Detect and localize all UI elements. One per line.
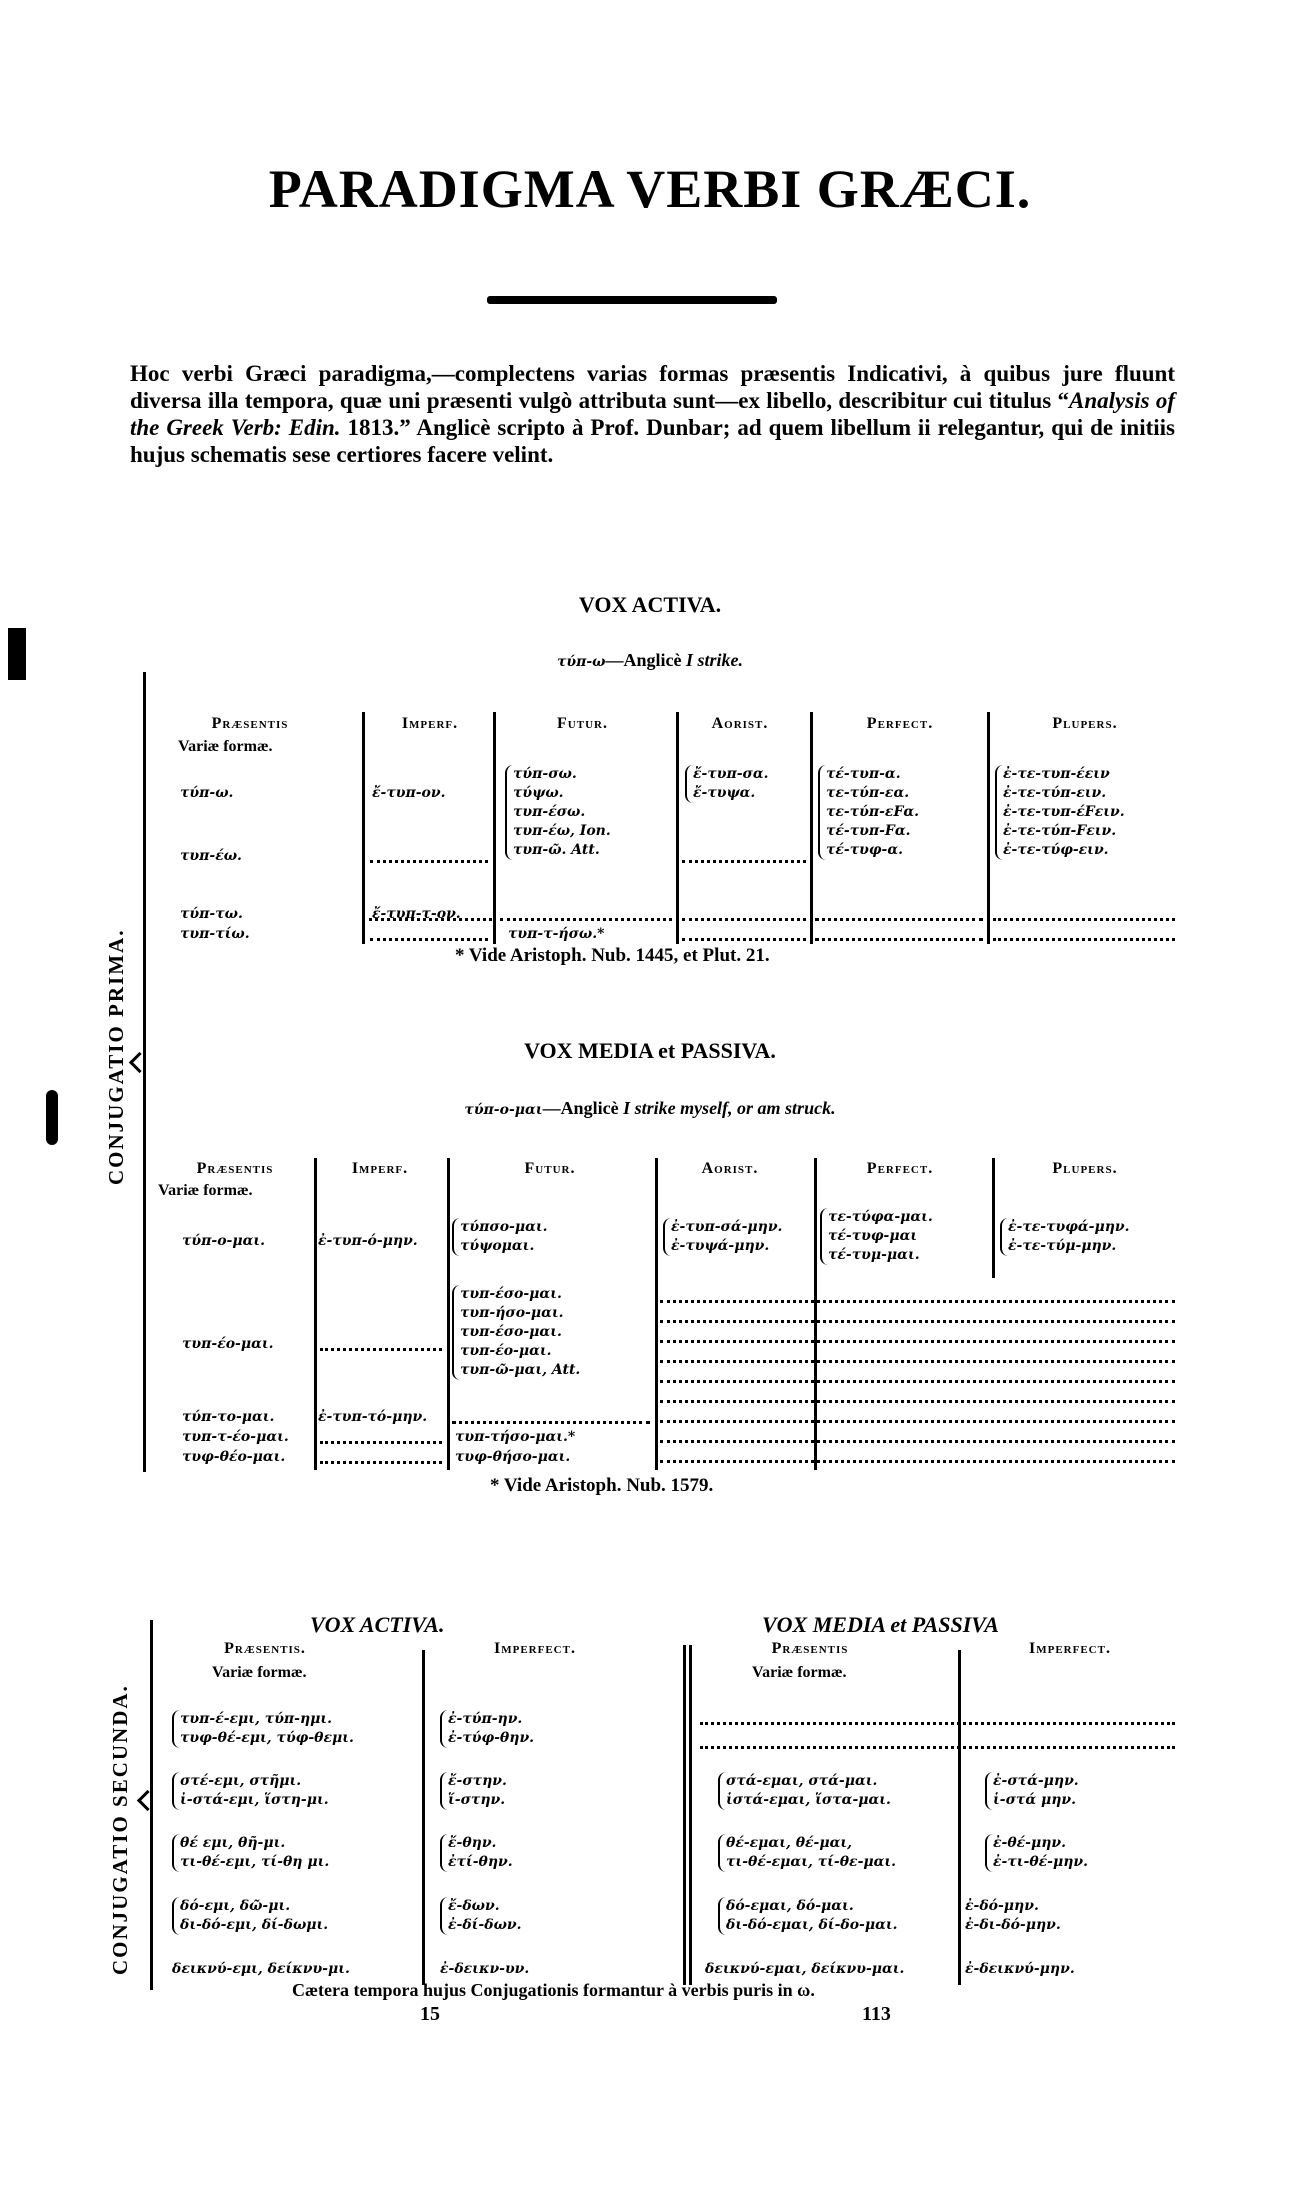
passive-footnote: * Vide Aristoph. Nub. 1579. bbox=[490, 1475, 713, 1497]
col-presentis-sub: Variæ formæ. bbox=[212, 1664, 307, 1682]
col-divider bbox=[958, 1650, 961, 1985]
pluperf-form: ἐ-τε-τύπ-Fειν. bbox=[1003, 822, 1125, 841]
aorist-form: ἔ-τυπ-σα. bbox=[693, 765, 768, 784]
subheading-greek: τύπ-ο-μαι bbox=[464, 1102, 542, 1118]
col-divider bbox=[676, 712, 679, 944]
pres-form: θέ εμι, θῆ-μι. bbox=[180, 1834, 329, 1853]
col-presentis-sub: Variæ formæ. bbox=[158, 1182, 253, 1200]
col-presentis-label: Præsentis bbox=[175, 715, 325, 733]
pres-form: τυπ-έ-εμι, τύπ-ημι. bbox=[180, 1710, 354, 1729]
page-title: PARADIGMA VERBI GRÆCI. bbox=[0, 158, 1300, 220]
conj2-active-heading: VOX ACTIVA. bbox=[310, 1612, 444, 1638]
title-rule bbox=[487, 296, 777, 304]
conj2-brace-point bbox=[137, 1790, 158, 1811]
perfect-group: τε-τύφα-μαι. τέ-τυφ-μαι τέ-τυμ-μαι. bbox=[820, 1208, 933, 1265]
pres-form: δεικνύ-εμι, δείκνυ-μι. bbox=[172, 1960, 350, 1979]
futur-form: τυπ-τήσο-μαι.* bbox=[455, 1428, 575, 1447]
empty-dots bbox=[993, 918, 1175, 921]
pluperf-form: ἐ-τε-τυφά-μην. bbox=[1008, 1218, 1129, 1237]
imperf-form: ἐ-τυπ-ό-μην. bbox=[318, 1232, 418, 1251]
empty-dots bbox=[370, 860, 488, 863]
page-number-right: 113 bbox=[862, 2003, 891, 2026]
futur-form: τύπσο-μαι. bbox=[460, 1218, 548, 1237]
col-imperfect: Imperfect. bbox=[965, 1640, 1175, 1658]
col-divider bbox=[814, 1158, 817, 1470]
futur-form: τύψομαι. bbox=[460, 1237, 548, 1256]
col-divider bbox=[992, 1158, 995, 1278]
perfect-form: τε-τύπ-εFα. bbox=[826, 803, 919, 822]
pres-form: θέ-εμαι, θέ-μαι, bbox=[726, 1834, 896, 1853]
imp-form: ἔ-στην. bbox=[448, 1772, 507, 1791]
futur-group: τύπσο-μαι. τύψομαι. bbox=[452, 1218, 548, 1256]
futur-form: τυπ-τ-ήσω.* bbox=[508, 925, 604, 944]
empty-dots bbox=[452, 1421, 650, 1424]
pres-form: δι-δό-εμαι, δί-δο-μαι. bbox=[726, 1916, 898, 1935]
perfect-form: τέ-τυφ-α. bbox=[826, 841, 919, 860]
subheading-greek: τύπ-ω bbox=[557, 654, 606, 670]
passive-heading: VOX MEDIA et PASSIVA. bbox=[0, 1038, 1300, 1064]
pres-form: δεικνύ-εμαι, δείκνυ-μαι. bbox=[705, 1960, 904, 1979]
pres-form: τυπ-έο-μαι. bbox=[182, 1335, 274, 1354]
imp-form: ἐ-στά-μην. bbox=[993, 1772, 1079, 1791]
section-divider bbox=[683, 1645, 686, 1985]
pres-form: τυφ-θέο-μαι. bbox=[182, 1448, 285, 1467]
futur-form: τυπ-ήσο-μαι. bbox=[460, 1304, 580, 1323]
col-presentis: Præsentis bbox=[175, 715, 325, 733]
aorist-group: ἔ-τυπ-σα. ἔ-τυψα. bbox=[685, 765, 768, 803]
passive-subheading: τύπ-ο-μαι—Anglicè I strike myself, or am… bbox=[0, 1098, 1300, 1120]
empty-dots bbox=[700, 1746, 1175, 1749]
pres-form: τύπ-ο-μαι. bbox=[182, 1232, 265, 1251]
subheading-italic: I strike. bbox=[686, 650, 743, 670]
active-subheading: τύπ-ω—Anglicè I strike. bbox=[0, 650, 1300, 672]
col-divider bbox=[362, 712, 365, 944]
pres-form: τι-θέ-εμαι, τί-θε-μαι. bbox=[726, 1853, 896, 1872]
empty-dots bbox=[815, 938, 983, 941]
imp-form: ἱ-στά μην. bbox=[993, 1791, 1079, 1810]
col-presentis: Præsentis. bbox=[180, 1640, 350, 1658]
futur-form: τυπ-έω, Ion. bbox=[513, 822, 611, 841]
empty-dots bbox=[682, 938, 806, 941]
imp-form: ἐ-θέ-μην. bbox=[993, 1834, 1088, 1853]
aorist-group: ἐ-τυπ-σά-μην. ἐ-τυψά-μην. bbox=[663, 1218, 782, 1256]
intro-text-1: Hoc verbi Græci paradigma,—complectens v… bbox=[130, 361, 1175, 413]
imp-group: ἔ-στην. ἵ-στην. bbox=[440, 1772, 507, 1810]
empty-dots bbox=[362, 918, 492, 921]
empty-dots bbox=[660, 1420, 1175, 1423]
col-aorist: Aorist. bbox=[655, 1160, 805, 1178]
empty-dots bbox=[660, 1300, 1175, 1303]
empty-dots bbox=[660, 1340, 1175, 1343]
conj1-brace bbox=[143, 672, 146, 1472]
pres-group: θέ-εμαι, θέ-μαι, τι-θέ-εμαι, τί-θε-μαι. bbox=[718, 1834, 896, 1872]
imp-group: ἐ-τύπ-ην. ἐ-τύφ-θην. bbox=[440, 1710, 534, 1748]
pluperf-form: ἐ-τε-τυπ-έειν bbox=[1003, 765, 1125, 784]
pres-form: τύπ-ω. bbox=[180, 784, 233, 803]
imperf-form: ἔ-τυπ-τ-ον. bbox=[372, 905, 461, 924]
conj2-label: CONJUGATIO SECUNDA. bbox=[108, 1684, 133, 1975]
aorist-form: ἐ-τυπ-σά-μην. bbox=[671, 1218, 782, 1237]
pres-form: τυφ-θέ-εμι, τύφ-θεμι. bbox=[180, 1729, 354, 1748]
empty-dots bbox=[660, 1320, 1175, 1323]
pres-form: στά-εμαι, στά-μαι. bbox=[726, 1772, 891, 1791]
perfect-form: τέ-τυμ-μαι. bbox=[828, 1246, 933, 1265]
pres-group: στά-εμαι, στά-μαι. ἱστά-εμαι, ἵστα-μαι. bbox=[718, 1772, 891, 1810]
pluperf-form: ἐ-τε-τυπ-έFειν. bbox=[1003, 803, 1125, 822]
pluperf-form: ἐ-τε-τύπ-ειν. bbox=[1003, 784, 1125, 803]
col-divider bbox=[422, 1650, 425, 1985]
pluperf-group: ἐ-τε-τυφά-μην. ἐ-τε-τύμ-μην. bbox=[1000, 1218, 1129, 1256]
conj2-footer-note: Cætera tempora hujus Conjugationis forma… bbox=[292, 1980, 815, 2001]
futur-group: τύπ-σω. τύψω. τυπ-έσω. τυπ-έω, Ion. τυπ-… bbox=[505, 765, 611, 860]
pres-form: τυπ-τ-έο-μαι. bbox=[182, 1428, 289, 1447]
futur-group: τυπ-έσο-μαι. τυπ-ήσο-μαι. τυπ-έσο-μαι. τ… bbox=[452, 1285, 580, 1380]
col-divider bbox=[987, 712, 990, 944]
empty-dots bbox=[682, 860, 806, 863]
col-divider bbox=[314, 1158, 317, 1470]
empty-dots bbox=[320, 1348, 442, 1351]
empty-dots bbox=[660, 1460, 1175, 1463]
empty-dots bbox=[660, 1440, 1175, 1443]
empty-dots bbox=[320, 1461, 442, 1464]
subheading-text: —Anglicè bbox=[606, 650, 687, 670]
empty-dots bbox=[370, 938, 488, 941]
col-imperfect: Imperfect. bbox=[435, 1640, 635, 1658]
empty-dots bbox=[500, 918, 672, 921]
futur-form: τυπ-έσο-μαι. bbox=[460, 1285, 580, 1304]
section-divider bbox=[689, 1645, 692, 1985]
pluperf-form: ἐ-τε-τύφ-ειν. bbox=[1003, 841, 1125, 860]
aorist-form: ἔ-τυψα. bbox=[693, 784, 768, 803]
active-footnote: * Vide Aristoph. Nub. 1445, et Plut. 21. bbox=[455, 945, 770, 967]
imp-form: ἐ-δεικν-υν. bbox=[440, 1960, 529, 1979]
empty-dots bbox=[320, 1441, 442, 1444]
col-pluperf: Plupers. bbox=[995, 1160, 1175, 1178]
empty-dots bbox=[682, 918, 806, 921]
imp-group: ἔ-θην. ἐτί-θην. bbox=[440, 1834, 513, 1872]
imp-group: ἐ-δό-μην. ἐ-δι-δό-μην. bbox=[965, 1897, 1061, 1935]
col-aorist: Aorist. bbox=[675, 715, 805, 733]
empty-dots bbox=[660, 1380, 1175, 1383]
imp-group: ἔ-δων. ἐ-δί-δων. bbox=[440, 1897, 522, 1935]
col-divider bbox=[810, 712, 813, 944]
pres-form: δι-δό-εμι, δί-δωμι. bbox=[180, 1916, 328, 1935]
col-divider bbox=[655, 1158, 658, 1470]
col-imperf: Imperf. bbox=[315, 1160, 445, 1178]
pres-group: δό-εμι, δῶ-μι. δι-δό-εμι, δί-δωμι. bbox=[172, 1897, 328, 1935]
pluperf-form: ἐ-τε-τύμ-μην. bbox=[1008, 1237, 1129, 1256]
col-divider bbox=[493, 712, 496, 944]
imp-form: ἵ-στην. bbox=[448, 1791, 507, 1810]
imperf-form: ἔ-τυπ-ον. bbox=[372, 784, 445, 803]
pres-form: δό-εμαι, δό-μαι. bbox=[726, 1897, 898, 1916]
empty-dots bbox=[660, 1400, 1175, 1403]
imperf-form: ἐ-τυπ-τό-μην. bbox=[318, 1408, 427, 1427]
imp-form: ἐ-δό-μην. bbox=[965, 1897, 1061, 1916]
col-futur: Futur. bbox=[500, 715, 665, 733]
col-imperf: Imperf. bbox=[370, 715, 490, 733]
futur-form: τυπ-έο-μαι. bbox=[460, 1342, 580, 1361]
futur-form: τυπ-έσω. bbox=[513, 803, 611, 822]
imp-form: ἐ-δι-δό-μην. bbox=[965, 1916, 1061, 1935]
imp-form: ἐ-δεικνύ-μην. bbox=[965, 1960, 1075, 1979]
imp-form: ἐ-τύφ-θην. bbox=[448, 1729, 534, 1748]
perfect-group: τέ-τυπ-α. τε-τύπ-εα. τε-τύπ-εFα. τέ-τυπ-… bbox=[818, 765, 919, 860]
futur-form: τυπ-έσο-μαι. bbox=[460, 1323, 580, 1342]
pres-form: δό-εμι, δῶ-μι. bbox=[180, 1897, 328, 1916]
page-number-left: 15 bbox=[420, 2003, 440, 2026]
col-perfect: Perfect. bbox=[815, 1160, 985, 1178]
col-perfect: Perfect. bbox=[815, 715, 985, 733]
imp-form: ἔ-θην. bbox=[448, 1834, 513, 1853]
col-presentis-sub: Variæ formæ. bbox=[178, 738, 273, 756]
empty-dots bbox=[700, 1722, 1175, 1725]
pres-group: δό-εμαι, δό-μαι. δι-δό-εμαι, δί-δο-μαι. bbox=[718, 1897, 898, 1935]
col-futur: Futur. bbox=[450, 1160, 650, 1178]
futur-form: τυπ-ῶ-μαι, Att. bbox=[460, 1361, 580, 1380]
pluperf-group: ἐ-τε-τυπ-έειν ἐ-τε-τύπ-ειν. ἐ-τε-τυπ-έFε… bbox=[995, 765, 1125, 860]
imp-form: ἔ-δων. bbox=[448, 1897, 522, 1916]
imp-group: ἐ-στά-μην. ἱ-στά μην. bbox=[985, 1772, 1079, 1810]
aorist-form: ἐ-τυψά-μην. bbox=[671, 1237, 782, 1256]
imp-form: ἐτί-θην. bbox=[448, 1853, 513, 1872]
pres-form: τύπ-το-μαι. bbox=[182, 1408, 274, 1427]
col-presentis: Præsentis bbox=[160, 1160, 310, 1178]
pres-form: τύπ-τω. bbox=[180, 905, 243, 924]
perfect-form: τε-τύφα-μαι. bbox=[828, 1208, 933, 1227]
perfect-form: τέ-τυφ-μαι bbox=[828, 1227, 933, 1246]
futur-form: τύπ-σω. bbox=[513, 765, 611, 784]
empty-dots bbox=[660, 1360, 1175, 1363]
subheading-text: —Anglicè bbox=[543, 1098, 624, 1118]
pres-form: τι-θέ-εμι, τί-θη μι. bbox=[180, 1853, 329, 1872]
col-divider bbox=[447, 1158, 450, 1470]
perfect-form: τέ-τυπ-Fα. bbox=[826, 822, 919, 841]
empty-dots bbox=[815, 918, 983, 921]
col-presentis-sub: Variæ formæ. bbox=[752, 1664, 847, 1682]
imp-form: ἐ-τύπ-ην. bbox=[448, 1710, 534, 1729]
pres-group: θέ εμι, θῆ-μι. τι-θέ-εμι, τί-θη μι. bbox=[172, 1834, 329, 1872]
perfect-form: τε-τύπ-εα. bbox=[826, 784, 919, 803]
pres-form: τυπ-έω. bbox=[180, 847, 242, 866]
pres-group: τυπ-έ-εμι, τύπ-ημι. τυφ-θέ-εμι, τύφ-θεμι… bbox=[172, 1710, 354, 1748]
pres-form: ἱστά-εμαι, ἵστα-μαι. bbox=[726, 1791, 891, 1810]
conj2-passive-heading: VOX MEDIA et PASSIVA bbox=[762, 1612, 999, 1638]
imp-group: ἐ-θέ-μην. ἐ-τι-θέ-μην. bbox=[985, 1834, 1088, 1872]
col-pluperf: Plupers. bbox=[995, 715, 1175, 733]
imp-form: ἐ-δί-δων. bbox=[448, 1916, 522, 1935]
intro-paragraph: Hoc verbi Græci paradigma,—complectens v… bbox=[130, 360, 1175, 468]
empty-dots bbox=[993, 938, 1175, 941]
pres-form: ἰ-στά-εμι, ἵστη-μι. bbox=[180, 1791, 329, 1810]
futur-form: τυφ-θήσο-μαι. bbox=[455, 1448, 570, 1467]
perfect-form: τέ-τυπ-α. bbox=[826, 765, 919, 784]
futur-form: τυπ-ῶ. Att. bbox=[513, 841, 611, 860]
pres-form: τυπ-τίω. bbox=[180, 925, 250, 944]
imp-form: ἐ-τι-θέ-μην. bbox=[993, 1853, 1088, 1872]
futur-form: τύψω. bbox=[513, 784, 611, 803]
subheading-italic: I strike myself, or am struck. bbox=[623, 1098, 836, 1118]
pres-form: στέ-εμι, στῆμι. bbox=[180, 1772, 329, 1791]
pres-group: στέ-εμι, στῆμι. ἰ-στά-εμι, ἵστη-μι. bbox=[172, 1772, 329, 1810]
col-presentis: Præsentis bbox=[700, 1640, 920, 1658]
active-heading: VOX ACTIVA. bbox=[0, 592, 1300, 618]
